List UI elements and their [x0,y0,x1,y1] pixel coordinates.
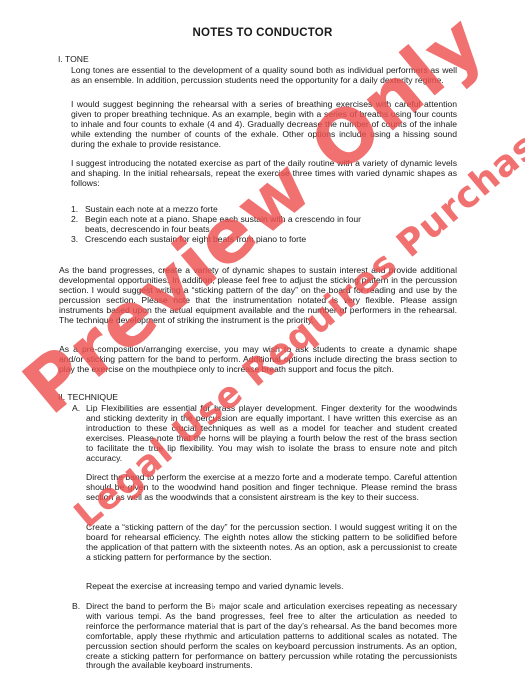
document-page: NOTES TO CONDUCTOR I. TONE Long tones ar… [0,0,525,700]
technique-a-paragraph-4: Repeat the exercise at increasing tempo … [86,582,457,592]
technique-a-paragraph-1: Lip Flexibilities are essential for bras… [86,404,457,463]
dynamic-shapes-list: 1.Sustain each note at a mezzo forte 2.B… [71,205,361,245]
section-heading-technique: II. TECHNIQUE [58,392,118,402]
list-text: Begin each note at a piano. Shape each s… [85,214,361,234]
tone-paragraph-3: I suggest introducing the notated exerci… [71,159,457,189]
technique-a-paragraph-3: Create a “sticking pattern of the day” f… [86,523,457,563]
list-text: Sustain each note at a mezzo forte [85,204,218,214]
list-text: Crescendo each sustain for eight beats f… [85,234,306,244]
item-label-a: A. [72,404,80,414]
tone-paragraph-4: As the band progresses, create a variety… [59,266,457,325]
list-number: 3. [71,235,78,245]
section-heading-tone: I. TONE [58,54,89,64]
technique-b-paragraph-1: Direct the band to perform the B♭ major … [86,602,457,671]
list-item: 3.Crescendo each sustain for eight beats… [71,235,361,245]
tone-paragraph-5: As a pre-composition/arranging exercise,… [59,345,457,375]
page-title: NOTES TO CONDUCTOR [0,27,525,39]
item-label-b: B. [72,602,80,612]
technique-a-paragraph-2: Direct the band to perform the exercise … [86,473,457,503]
tone-paragraph-2: I would suggest beginning the rehearsal … [71,100,457,150]
list-item: 2.Begin each note at a piano. Shape each… [71,215,361,235]
list-number: 2. [71,215,78,225]
tone-paragraph-1: Long tones are essential to the developm… [71,66,457,86]
